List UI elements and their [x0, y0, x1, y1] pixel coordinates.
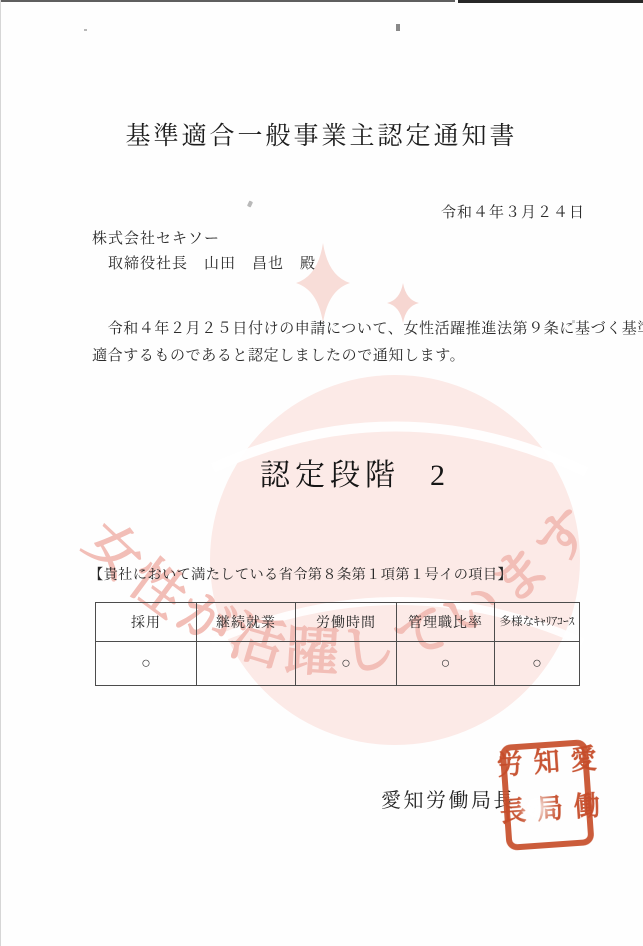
criteria-header-manager-ratio: 管理職比率	[397, 603, 495, 642]
recipient-company: 株式会社セキソー	[92, 227, 220, 248]
criteria-section-heading: 【貴社において満たしている省令第８条第１項第１号イの項目】	[89, 564, 512, 584]
criteria-table-header-row: 採用 継続就業 労働時間 管理職比率 多様なｷｬﾘｱｺｰｽ	[96, 603, 580, 642]
document-title: 基準適合一般事業主認定通知書	[0, 116, 643, 152]
criteria-table: 採用 継続就業 労働時間 管理職比率 多様なｷｬﾘｱｺｰｽ ○ ○ ○ ○	[95, 602, 580, 686]
criteria-header-recruitment: 採用	[96, 603, 197, 642]
scanned-certificate-page: 女性が活躍しています 基準適合一般事業主認定通知書 令和４年３月２４日 株式会社…	[0, 0, 643, 946]
criteria-mark-working-hours: ○	[296, 642, 397, 686]
criteria-mark-continued-employment	[197, 642, 296, 686]
official-seal-stamp: 愛知労 働局長	[499, 739, 594, 851]
criteria-mark-recruitment: ○	[96, 642, 197, 686]
official-seal-text-left: 働局長	[492, 790, 606, 847]
certification-stage-label: 認定段階	[260, 459, 400, 492]
criteria-header-continued-employment: 継続就業	[197, 603, 296, 642]
certification-stage-value: 2	[430, 459, 445, 492]
certification-stage-line: 認定段階2	[260, 450, 445, 494]
criteria-table-marks-row: ○ ○ ○ ○	[96, 642, 580, 686]
body-text-line2: 適合するものであると認定しましたので通知します。	[92, 344, 465, 365]
issue-date: 令和４年３月２４日	[441, 201, 585, 222]
criteria-mark-manager-ratio: ○	[397, 642, 495, 686]
criteria-header-working-hours: 労働時間	[296, 603, 397, 642]
body-text-line1: 令和４年２月２５日付けの申請について、女性活躍推進法第９条に基づく基準に	[92, 317, 643, 338]
criteria-mark-diverse-career-course: ○	[495, 642, 580, 686]
criteria-header-diverse-career-course: 多様なｷｬﾘｱｺｰｽ	[495, 603, 580, 642]
recipient-person: 取締役社長 山田 昌也 殿	[108, 252, 316, 273]
